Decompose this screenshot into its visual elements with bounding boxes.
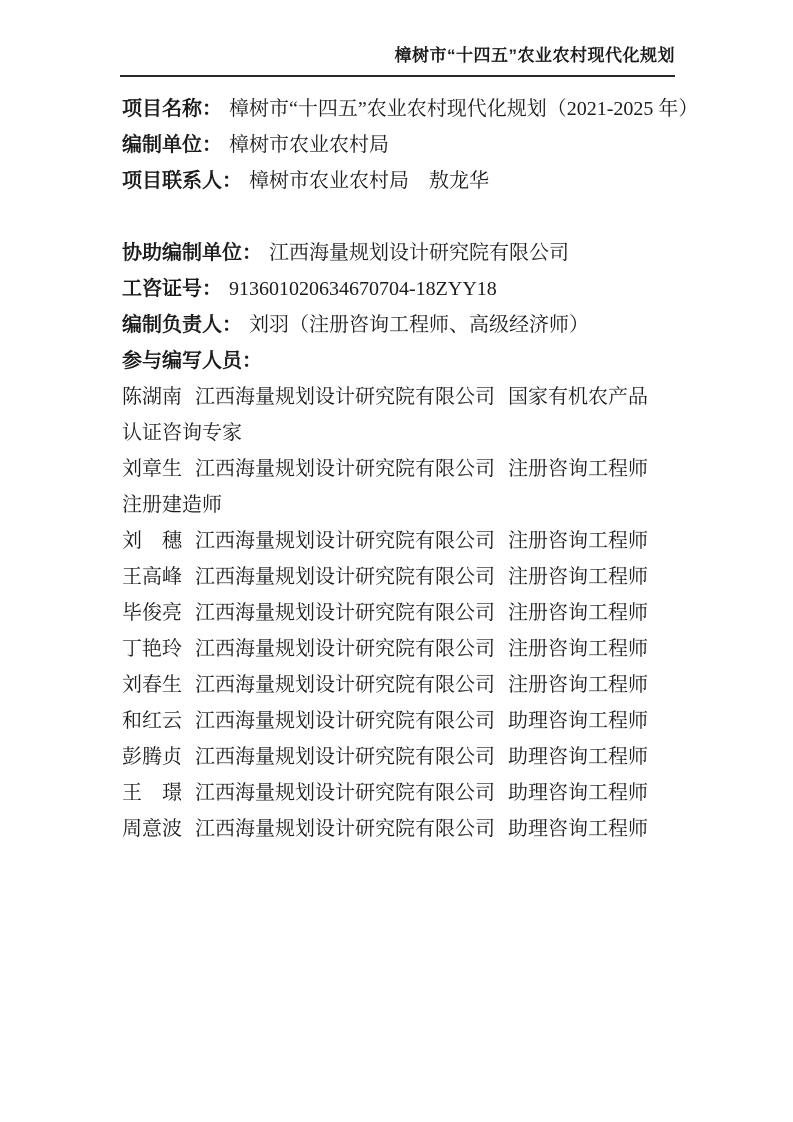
participant-role: 注册咨询工程师 xyxy=(508,638,648,660)
participant-role-continuation: 认证咨询专家 xyxy=(122,415,682,451)
field-label: 参与编写人员： xyxy=(122,350,262,372)
participant-role: 助理咨询工程师 xyxy=(508,818,648,840)
field-value: 江西海量规划设计研究院有限公司 xyxy=(269,242,569,264)
field-label: 协助编制单位： xyxy=(122,242,262,264)
participant-name: 丁艳玲 xyxy=(122,631,182,667)
participant-row: 丁艳玲江西海量规划设计研究院有限公司注册咨询工程师 xyxy=(122,631,682,667)
participant-role: 助理咨询工程师 xyxy=(508,710,648,732)
field-chief-compiler: 编制负责人：刘羽（注册咨询工程师、高级经济师） xyxy=(122,307,682,343)
participant-name: 王高峰 xyxy=(122,559,182,595)
participant-org: 江西海量规划设计研究院有限公司 xyxy=(195,566,495,588)
participant-role: 助理咨询工程师 xyxy=(508,746,648,768)
participant-org: 江西海量规划设计研究院有限公司 xyxy=(195,638,495,660)
blank-line xyxy=(122,199,682,235)
participant-role: 助理咨询工程师 xyxy=(508,782,648,804)
field-label: 工咨证号： xyxy=(122,278,222,300)
participant-org: 江西海量规划设计研究院有限公司 xyxy=(195,530,495,552)
field-value: 913601020634670704-18ZYY18 xyxy=(229,278,497,300)
participant-row: 彭腾贞江西海量规划设计研究院有限公司助理咨询工程师 xyxy=(122,739,682,775)
participant-org: 江西海量规划设计研究院有限公司 xyxy=(195,458,495,480)
participant-name: 毕俊亮 xyxy=(122,595,182,631)
participants-heading: 参与编写人员： xyxy=(122,343,682,379)
participant-role: 注册咨询工程师 xyxy=(508,602,648,624)
field-project-contact: 项目联系人：樟树市农业农村局 敖龙华 xyxy=(122,163,682,199)
participant-org: 江西海量规划设计研究院有限公司 xyxy=(195,710,495,732)
running-header-title: 樟树市“十四五”农业农村现代化规划 xyxy=(120,46,675,66)
participant-role: 注册咨询工程师 xyxy=(508,530,648,552)
participant-name: 王 璟 xyxy=(122,775,182,811)
participant-name: 和红云 xyxy=(122,703,182,739)
document-page: 樟树市“十四五”农业农村现代化规划 项目名称：樟树市“十四五”农业农村现代化规划… xyxy=(0,0,793,1122)
field-certificate-number: 工咨证号：913601020634670704-18ZYY18 xyxy=(122,271,682,307)
participant-row: 刘春生江西海量规划设计研究院有限公司注册咨询工程师 xyxy=(122,667,682,703)
participant-name: 刘春生 xyxy=(122,667,182,703)
participant-row: 刘章生江西海量规划设计研究院有限公司注册咨询工程师 xyxy=(122,451,682,487)
participant-role: 注册咨询工程师 xyxy=(508,674,648,696)
field-value: 刘羽（注册咨询工程师、高级经济师） xyxy=(249,314,589,336)
participant-row: 周意波江西海量规划设计研究院有限公司助理咨询工程师 xyxy=(122,811,682,847)
participant-org: 江西海量规划设计研究院有限公司 xyxy=(195,782,495,804)
field-value: 樟树市农业农村局 xyxy=(229,134,389,156)
document-body: 项目名称：樟树市“十四五”农业农村现代化规划（2021-2025 年） 编制单位… xyxy=(122,91,682,847)
field-assisting-unit: 协助编制单位：江西海量规划设计研究院有限公司 xyxy=(122,235,682,271)
participant-org: 江西海量规划设计研究院有限公司 xyxy=(195,386,495,408)
field-project-name: 项目名称：樟树市“十四五”农业农村现代化规划（2021-2025 年） xyxy=(122,91,682,127)
participant-org: 江西海量规划设计研究院有限公司 xyxy=(195,746,495,768)
participant-name: 刘章生 xyxy=(122,451,182,487)
participant-row: 陈湖南江西海量规划设计研究院有限公司国家有机农产品 xyxy=(122,379,682,415)
participant-role-continuation: 注册建造师 xyxy=(122,487,682,523)
participant-name: 刘 穗 xyxy=(122,523,182,559)
participant-name: 彭腾贞 xyxy=(122,739,182,775)
participant-role: 国家有机农产品 xyxy=(508,386,648,408)
participant-row: 刘 穗江西海量规划设计研究院有限公司注册咨询工程师 xyxy=(122,523,682,559)
participant-role: 注册咨询工程师 xyxy=(508,458,648,480)
participant-row: 王 璟江西海量规划设计研究院有限公司助理咨询工程师 xyxy=(122,775,682,811)
participant-name: 陈湖南 xyxy=(122,379,182,415)
participant-row: 和红云江西海量规划设计研究院有限公司助理咨询工程师 xyxy=(122,703,682,739)
field-value: 樟树市“十四五”农业农村现代化规划（2021-2025 年） xyxy=(229,98,698,120)
participant-row: 王高峰江西海量规划设计研究院有限公司注册咨询工程师 xyxy=(122,559,682,595)
field-label: 项目联系人： xyxy=(122,170,242,192)
field-label: 编制单位： xyxy=(122,134,222,156)
field-value: 樟树市农业农村局 敖龙华 xyxy=(249,170,489,192)
participant-role: 注册咨询工程师 xyxy=(508,566,648,588)
participant-org: 江西海量规划设计研究院有限公司 xyxy=(195,674,495,696)
field-label: 编制负责人： xyxy=(122,314,242,336)
participants-list: 陈湖南江西海量规划设计研究院有限公司国家有机农产品 认证咨询专家 刘章生江西海量… xyxy=(122,379,682,847)
field-label: 项目名称： xyxy=(122,98,222,120)
field-compiling-unit: 编制单位：樟树市农业农村局 xyxy=(122,127,682,163)
participant-org: 江西海量规划设计研究院有限公司 xyxy=(195,818,495,840)
page-header: 樟树市“十四五”农业农村现代化规划 xyxy=(120,46,675,77)
participant-name: 周意波 xyxy=(122,811,182,847)
participant-row: 毕俊亮江西海量规划设计研究院有限公司注册咨询工程师 xyxy=(122,595,682,631)
participant-org: 江西海量规划设计研究院有限公司 xyxy=(195,602,495,624)
